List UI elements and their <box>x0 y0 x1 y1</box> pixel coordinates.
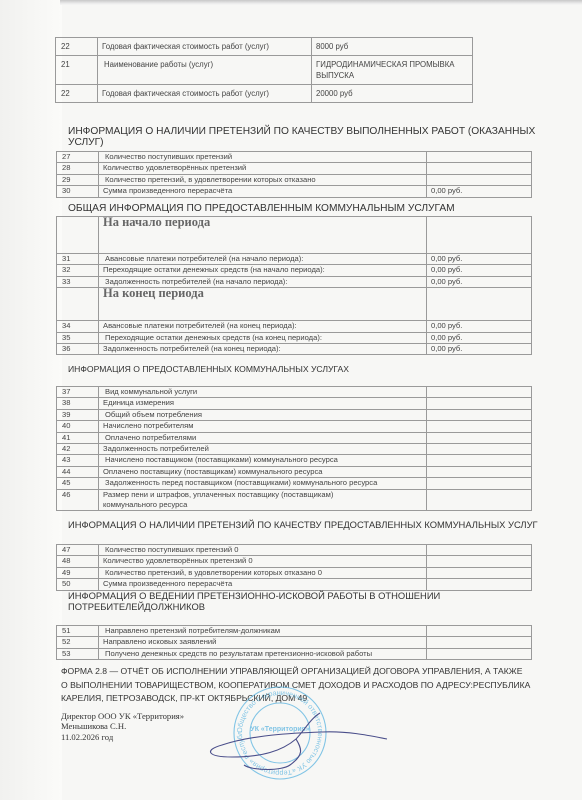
claim-row: 48Количество удовлетворённых претензий 0 <box>57 556 532 567</box>
balance-row: 36Задолженность потребителей (на конец п… <box>57 344 532 355</box>
row-label: Годовая фактическая стоимость работ (усл… <box>98 85 312 103</box>
period-subheader: На конец периода <box>99 288 427 321</box>
row-number: 33 <box>57 276 99 287</box>
row-label: Общий объем потребления <box>99 409 427 420</box>
row-label: Авансовые платежи потребителей (на конец… <box>99 321 427 332</box>
balance-row: 33Задолженность потребителей (на начало … <box>57 276 532 287</box>
row-number: 37 <box>57 387 99 398</box>
row-number: 30 <box>57 186 99 197</box>
utility-row: 44Оплачено поставщику (поставщикам) комм… <box>57 466 532 477</box>
row-value <box>427 567 532 578</box>
signer-position: Директор ООО УК «Территория» <box>61 711 184 721</box>
row-label: Количество поступивших претензий 0 <box>99 545 427 556</box>
utility-row: 37Вид коммунальной услуги <box>57 387 532 398</box>
row-value <box>427 409 532 420</box>
row-number: 44 <box>57 466 99 477</box>
row-value <box>427 163 532 174</box>
row-label-line: Размер пени и штрафов, уплаченных постав… <box>103 490 422 500</box>
sign-date: 11.02.2026 год <box>61 732 184 742</box>
claims-utilities-heading: ИНФОРМАЦИЯ О НАЛИЧИИ ПРЕТЕНЗИЙ ПО КАЧЕСТ… <box>68 519 538 530</box>
row-label: Вид коммунальной услуги <box>99 387 427 398</box>
row-value <box>427 556 532 567</box>
row-label: Сумма произведенного перерасчёта <box>99 579 427 590</box>
row-number: 38 <box>57 398 99 409</box>
claim-row: 28Количество удовлетворённых претензий <box>57 163 532 174</box>
row-value: 0,00 руб. <box>427 321 532 332</box>
row-number: 31 <box>57 254 99 265</box>
row-value: 0,00 руб. <box>427 344 532 355</box>
claim-row: 30Сумма произведенного перерасчёта0,00 р… <box>57 186 532 197</box>
general-utilities-heading: ОБЩАЯ ИНФОРМАЦИЯ ПО ПРЕДОСТАВЛЕННЫМ КОММ… <box>68 203 538 214</box>
row-value <box>427 478 532 489</box>
row-value <box>427 421 532 432</box>
row-number: 40 <box>57 421 99 432</box>
row-value <box>427 489 532 511</box>
row-label: Наименование работы (услуг) <box>98 56 312 85</box>
row-number: 43 <box>57 455 99 466</box>
row-label: Оплачено потребителями <box>99 432 427 443</box>
claim-row: 27Количество поступивших претензий <box>57 152 532 163</box>
row-number: 50 <box>57 579 99 590</box>
row-label: Направлено исковых заявлений <box>99 637 427 648</box>
empty-cell <box>427 217 532 254</box>
row-value <box>427 432 532 443</box>
row-value: 0,00 руб. <box>427 254 532 265</box>
balance-row: 31Авансовые платежи потребителей (на нач… <box>57 254 532 265</box>
row-label: Переходящие остатки денежных средств (на… <box>99 265 427 276</box>
balance-row: 32Переходящие остатки денежных средств (… <box>57 265 532 276</box>
row-number: 45 <box>57 478 99 489</box>
row-number: 51 <box>57 626 99 637</box>
row-number: 28 <box>57 163 99 174</box>
row-label: Задолженность потребителей (на начало пе… <box>99 276 427 287</box>
row-number: 42 <box>57 444 99 455</box>
period-subheader-row: На начало периода <box>57 217 532 254</box>
balance-row: 35Переходящие остатки денежных средств (… <box>57 332 532 343</box>
row-label: Размер пени и штрафов, уплаченных постав… <box>99 489 427 511</box>
utility-row: 45Задолженность перед поставщиком (поста… <box>57 478 532 489</box>
claim-row: 50Сумма произведенного перерасчёта <box>57 579 532 590</box>
row-number: 48 <box>57 556 99 567</box>
balance-row: 34Авансовые платежи потребителей (на кон… <box>57 321 532 332</box>
row-value <box>427 579 532 590</box>
row-label: Количество поступивших претензий <box>99 152 427 163</box>
row-number: 22 <box>56 85 98 103</box>
row-value <box>427 444 532 455</box>
row-number: 27 <box>57 152 99 163</box>
debtors-table: 51Направлено претензий потребителям-долж… <box>56 625 532 660</box>
row-label: Количество претензий, в удовлетворении к… <box>99 174 427 185</box>
row-number: 35 <box>57 332 99 343</box>
row-label: Начислено потребителям <box>99 421 427 432</box>
empty-cell <box>57 288 99 321</box>
debtor-row: 52Направлено исковых заявлений <box>57 637 532 648</box>
row-value <box>427 626 532 637</box>
row-number: 47 <box>57 545 99 556</box>
row-label: Количество удовлетворённых претензий <box>99 163 427 174</box>
period-subheader-row: На конец периода <box>57 288 532 321</box>
works-table: 22Годовая фактическая стоимость работ (у… <box>55 37 473 103</box>
row-number: 32 <box>57 265 99 276</box>
utility-row: 43Начислено поставщиком (поставщиками) к… <box>57 455 532 466</box>
row-number: 53 <box>57 648 99 659</box>
claim-row: 29Количество претензий, в удовлетворении… <box>57 174 532 185</box>
row-value <box>427 545 532 556</box>
row-number: 21 <box>56 56 98 85</box>
utility-row: 42Задолженность потребителей <box>57 444 532 455</box>
utility-row: 38Единица измерения <box>57 398 532 409</box>
row-value: 0,00 руб. <box>427 276 532 287</box>
row-value <box>427 455 532 466</box>
claims-works-table: 27Количество поступивших претензий28Коли… <box>56 151 532 198</box>
work-row: 22Годовая фактическая стоимость работ (у… <box>56 38 473 56</box>
row-value <box>427 637 532 648</box>
row-number: 49 <box>57 567 99 578</box>
row-value <box>427 174 532 185</box>
claims-utilities-table: 47Количество поступивших претензий 048Ко… <box>56 544 532 591</box>
signature-icon <box>192 705 392 780</box>
claim-row: 49Количество претензий, в удовлетворении… <box>57 567 532 578</box>
signature-block: Директор ООО УК «Территория» Меньшикова … <box>61 711 184 742</box>
row-value: 0,00 руб. <box>427 332 532 343</box>
row-number: 41 <box>57 432 99 443</box>
debtors-heading: ИНФОРМАЦИЯ О ВЕДЕНИИ ПРЕТЕНЗИОННО-ИСКОВО… <box>68 590 468 612</box>
row-label: Сумма произведенного перерасчёта <box>99 186 427 197</box>
empty-cell <box>427 288 532 321</box>
row-label: Оплачено поставщику (поставщикам) коммун… <box>99 466 427 477</box>
empty-cell <box>57 217 99 254</box>
row-label: Задолженность перед поставщиком (поставщ… <box>99 478 427 489</box>
row-label: Авансовые платежи потребителей (на начал… <box>99 254 427 265</box>
work-row: 22Годовая фактическая стоимость работ (у… <box>56 85 473 103</box>
debtor-row: 51Направлено претензий потребителям-долж… <box>57 626 532 637</box>
utility-row: 40Начислено потребителям <box>57 421 532 432</box>
claims-works-heading: ИНФОРМАЦИЯ О НАЛИЧИИ ПРЕТЕНЗИЙ ПО КАЧЕСТ… <box>68 126 538 148</box>
row-value: 8000 руб <box>312 38 473 56</box>
row-number: 39 <box>57 409 99 420</box>
row-number: 46 <box>57 489 99 511</box>
row-value: 0,00 руб. <box>427 186 532 197</box>
row-value <box>427 398 532 409</box>
row-value <box>427 387 532 398</box>
work-row: 21Наименование работы (услуг)ГИДРОДИНАМИ… <box>56 56 473 85</box>
row-label: Направлено претензий потребителям-должни… <box>99 626 427 637</box>
row-label: Единица измерения <box>99 398 427 409</box>
row-number: 22 <box>56 38 98 56</box>
row-value <box>427 152 532 163</box>
row-label: Начислено поставщиком (поставщиками) ком… <box>99 455 427 466</box>
document-page: 22Годовая фактическая стоимость работ (у… <box>0 0 582 800</box>
signer-name: Меньшикова С.Н. <box>61 721 184 731</box>
utility-row: 46Размер пени и штрафов, уплаченных пост… <box>57 489 532 511</box>
row-label: Задолженность потребителей <box>99 444 427 455</box>
row-label: Годовая фактическая стоимость работ (усл… <box>98 38 312 56</box>
row-value: ГИДРОДИНАМИЧЕСКАЯ ПРОМЫВКА ВЫПУСКА <box>312 56 473 85</box>
general-utilities-table: На начало периода31Авансовые платежи пот… <box>56 216 532 355</box>
period-subheader: На начало периода <box>99 217 427 254</box>
claim-row: 47Количество поступивших претензий 0 <box>57 545 532 556</box>
row-label: Получено денежных средств по результатам… <box>99 648 427 659</box>
row-value <box>427 648 532 659</box>
utility-row: 39Общий объем потребления <box>57 409 532 420</box>
row-number: 29 <box>57 174 99 185</box>
utilities-table: 37Вид коммунальной услуги38Единица измер… <box>56 386 532 511</box>
row-label: Количество претензий, в удовлетворении к… <box>99 567 427 578</box>
row-label-line: коммунального ресурса <box>103 500 422 510</box>
row-label: Количество удовлетворённых претензий 0 <box>99 556 427 567</box>
utilities-heading: ИНФОРМАЦИЯ О ПРЕДОСТАВЛЕННЫХ КОММУНАЛЬНЫ… <box>68 364 538 375</box>
row-number: 36 <box>57 344 99 355</box>
row-label: Переходящие остатки денежных средств (на… <box>99 332 427 343</box>
row-label: Задолженность потребителей (на конец пер… <box>99 344 427 355</box>
utility-row: 41Оплачено потребителями <box>57 432 532 443</box>
row-value: 20000 руб <box>312 85 473 103</box>
row-number: 52 <box>57 637 99 648</box>
debtor-row: 53Получено денежных средств по результат… <box>57 648 532 659</box>
row-value: 0,00 руб. <box>427 265 532 276</box>
row-number: 34 <box>57 321 99 332</box>
row-value <box>427 466 532 477</box>
